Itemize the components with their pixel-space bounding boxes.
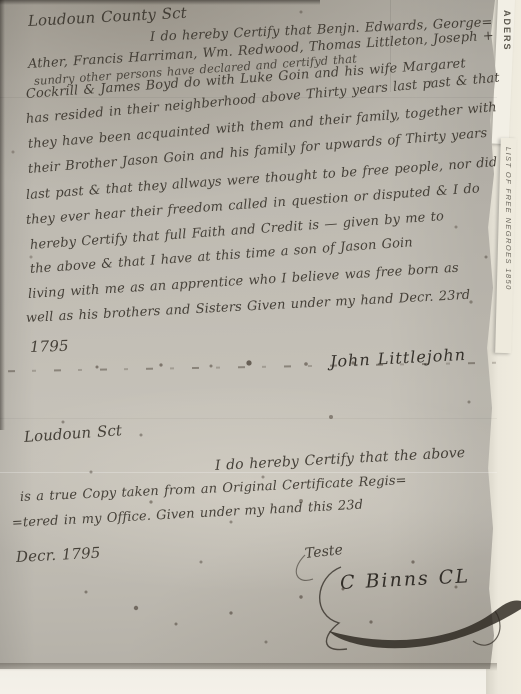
photo-left-shadow	[0, 0, 5, 430]
foxing-speckles	[0, 0, 2, 2]
index-tab-top-label: ADERS	[502, 10, 512, 52]
index-tab-archive-label: LIST OF FREE NEGROES 1850	[504, 147, 513, 291]
signature-flourish	[295, 545, 521, 670]
photograph-of-document: ADERS LIST OF FREE NEGROES 1850 Loudoun …	[0, 0, 521, 694]
paper-crease	[0, 418, 497, 419]
certificate-year: 1795	[30, 337, 69, 356]
